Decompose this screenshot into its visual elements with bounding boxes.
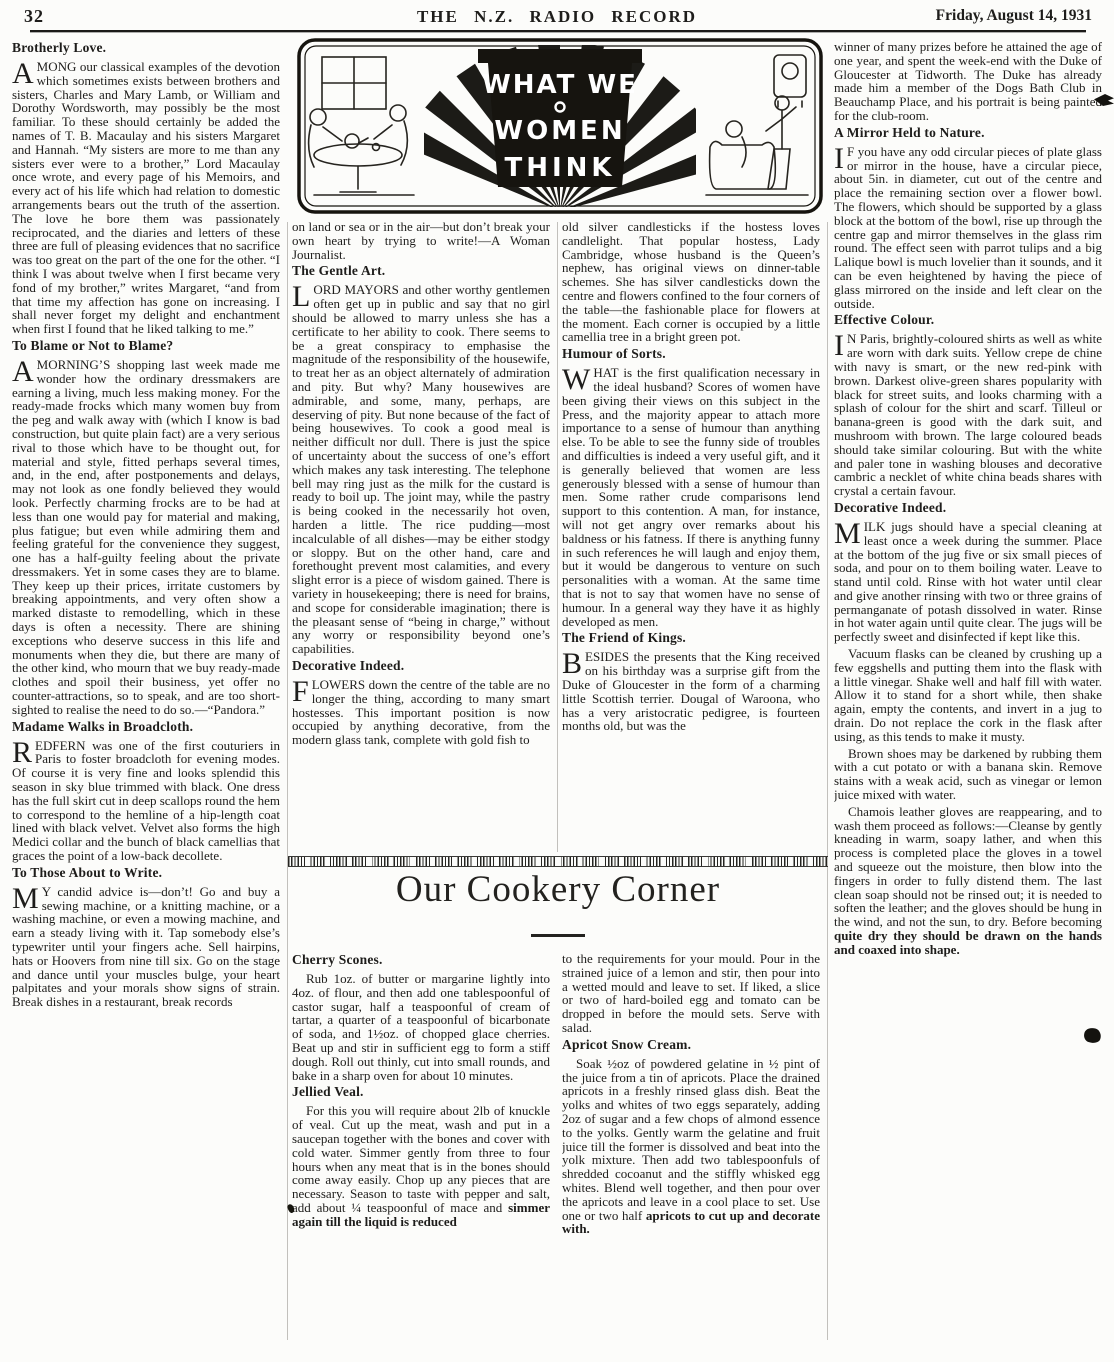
banner-line1: WHAT WE [482,70,638,100]
recipe-heading: Cherry Scones. [292,952,550,968]
recipe-text: Soak ½oz of powdered gelatine in ½ pint … [562,1057,820,1236]
column-rule [557,222,558,852]
article-humour-of-sorts: Humour of Sorts. WHAT is the first quali… [562,346,820,628]
article-text: ESIDES the presents that the King receiv… [562,649,820,733]
article-text: MONG our classical examples of the devot… [12,59,280,336]
dropcap: M [834,520,864,546]
what-we-women-think-banner: WHAT WE WOMEN THINK [296,37,824,215]
continuation-text: winner of many prizes before he attained… [834,40,1102,123]
article-brotherly-love: Brotherly Love. AMONG our classical exam… [12,40,280,336]
recipe-heading: Jellied Veal. [292,1084,550,1100]
banner-line2: WOMEN [494,116,625,146]
article-text: LOWERS down the centre of the table are … [292,677,550,747]
article-a-mirror-held-to-nature: A Mirror Held to Nature. IF you have any… [834,125,1102,311]
column-rule [287,222,288,1340]
recipe-body: For this you will require about 2lb of k… [292,1103,550,1215]
column-1: Brotherly Love. AMONG our classical exam… [12,40,280,1362]
bold-tail: quite dry they should be drawn on the ha… [834,928,1102,957]
recipe-heading: Apricot Snow Cream. [562,1037,820,1053]
paragraph-chamois-gloves: Chamois leather gloves are reappearing, … [834,805,1102,957]
article-text: ILK jugs should have a special cleaning … [834,519,1102,644]
dropcap: L [292,283,313,309]
article-the-gentle-art: The Gentle Art. LORD MAYORS and other wo… [292,263,550,656]
header-rule [30,30,1086,32]
article-heading: The Friend of Kings. [562,630,820,646]
article-heading: Decorative Indeed. [292,658,550,674]
dropcap: W [562,366,593,392]
recipe-text: For this you will require about 2lb of k… [292,1104,550,1228]
recipe-text: Rub 1oz. of butter or margarine lightly … [292,972,550,1082]
article-text: MORNING’S shopping last week made me won… [12,357,280,717]
continuation-text: old silver candlesticks if the hostess l… [562,220,820,344]
article-madame-walks-in-broadcloth: Madame Walks in Broadcloth. REDFERN was … [12,719,280,863]
article-to-blame-or-not: To Blame or Not to Blame? AMORNING’S sho… [12,338,280,717]
recipe-cherry-scones: Cherry Scones. Rub 1oz. of butter or mar… [292,952,550,1082]
continuation-text: to the requirements for your mould. Pour… [562,952,820,1035]
cookery-corner-title: Our Cookery Corner [288,868,828,911]
banner-line3: THINK [504,153,615,183]
paragraph-brown-shoes: Brown shoes may be darkened by rubbing t… [834,747,1102,802]
article-heading: Effective Colour. [834,312,1102,328]
newspaper-page: 32 THE N.Z. RADIO RECORD Friday, August … [0,0,1114,1362]
article-text: HAT is the first qualification necessary… [562,365,820,628]
recipe-apricot-snow-cream: Apricot Snow Cream. Soak ½oz of powdered… [562,1037,820,1236]
article-text: N Paris, brightly-coloured shirts as wel… [834,331,1102,498]
ornamental-divider [288,856,828,867]
article-text: ORD MAYORS and other worthy gentlemen of… [292,282,550,656]
article-the-friend-of-kings: The Friend of Kings. BESIDES the present… [562,630,820,733]
cookery-column-left: Cherry Scones. Rub 1oz. of butter or mar… [292,952,550,1362]
dropcap: B [562,650,585,676]
dropcap: M [12,885,42,911]
paragraph-vacuum-flasks: Vacuum flasks can be cleaned by crushing… [834,647,1102,744]
dropcap: I [834,145,847,171]
article-decorative-indeed-milk-jugs: Decorative Indeed. MILK jugs should have… [834,500,1102,957]
dropcap: A [12,60,37,86]
recipe-body: Soak ½oz of powdered gelatine in ½ pint … [562,1056,820,1223]
cookery-title-rule [531,934,585,937]
issue-date: Friday, August 14, 1931 [936,7,1092,25]
column-3: old silver candlesticks if the hostess l… [562,220,820,856]
article-effective-colour: Effective Colour. IN Paris, brightly-col… [834,312,1102,498]
dropcap: R [12,739,35,765]
article-heading: To Blame or Not to Blame? [12,338,280,354]
dropcap: F [292,678,312,704]
paragraph-text: Chamois leather gloves are reappearing, … [834,804,1102,929]
dropcap: A [12,358,37,384]
article-heading: Decorative Indeed. [834,500,1102,516]
article-heading: The Gentle Art. [292,263,550,279]
article-to-those-about-to-write: To Those About to Write. MY candid advic… [12,865,280,1009]
recipe-jellied-veal: Jellied Veal. For this you will require … [292,1084,550,1228]
article-text: Y candid advice is—don’t! Go and buy a s… [12,884,280,1009]
dropcap: I [834,332,847,358]
column-2: on land or sea or in the air—but don’t b… [292,220,550,856]
cookery-column-right: to the requirements for your mould. Pour… [562,952,820,1362]
article-heading: A Mirror Held to Nature. [834,125,1102,141]
article-heading: Madame Walks in Broadcloth. [12,719,280,735]
article-text: EDFERN was one of the first couturiers i… [12,738,280,863]
continuation-text: on land or sea or in the air—but don’t b… [292,220,550,261]
article-decorative-indeed-flowers: Decorative Indeed. FLOWERS down the cent… [292,658,550,747]
article-heading: To Those About to Write. [12,865,280,881]
column-rule [827,222,828,1340]
banner-text: WHAT WE WOMEN THINK [482,70,638,183]
column-4: winner of many prizes before he attained… [834,40,1102,1362]
article-heading: Humour of Sorts. [562,346,820,362]
article-heading: Brotherly Love. [12,40,280,56]
article-text: F you have any odd circular pieces of pl… [834,144,1102,311]
